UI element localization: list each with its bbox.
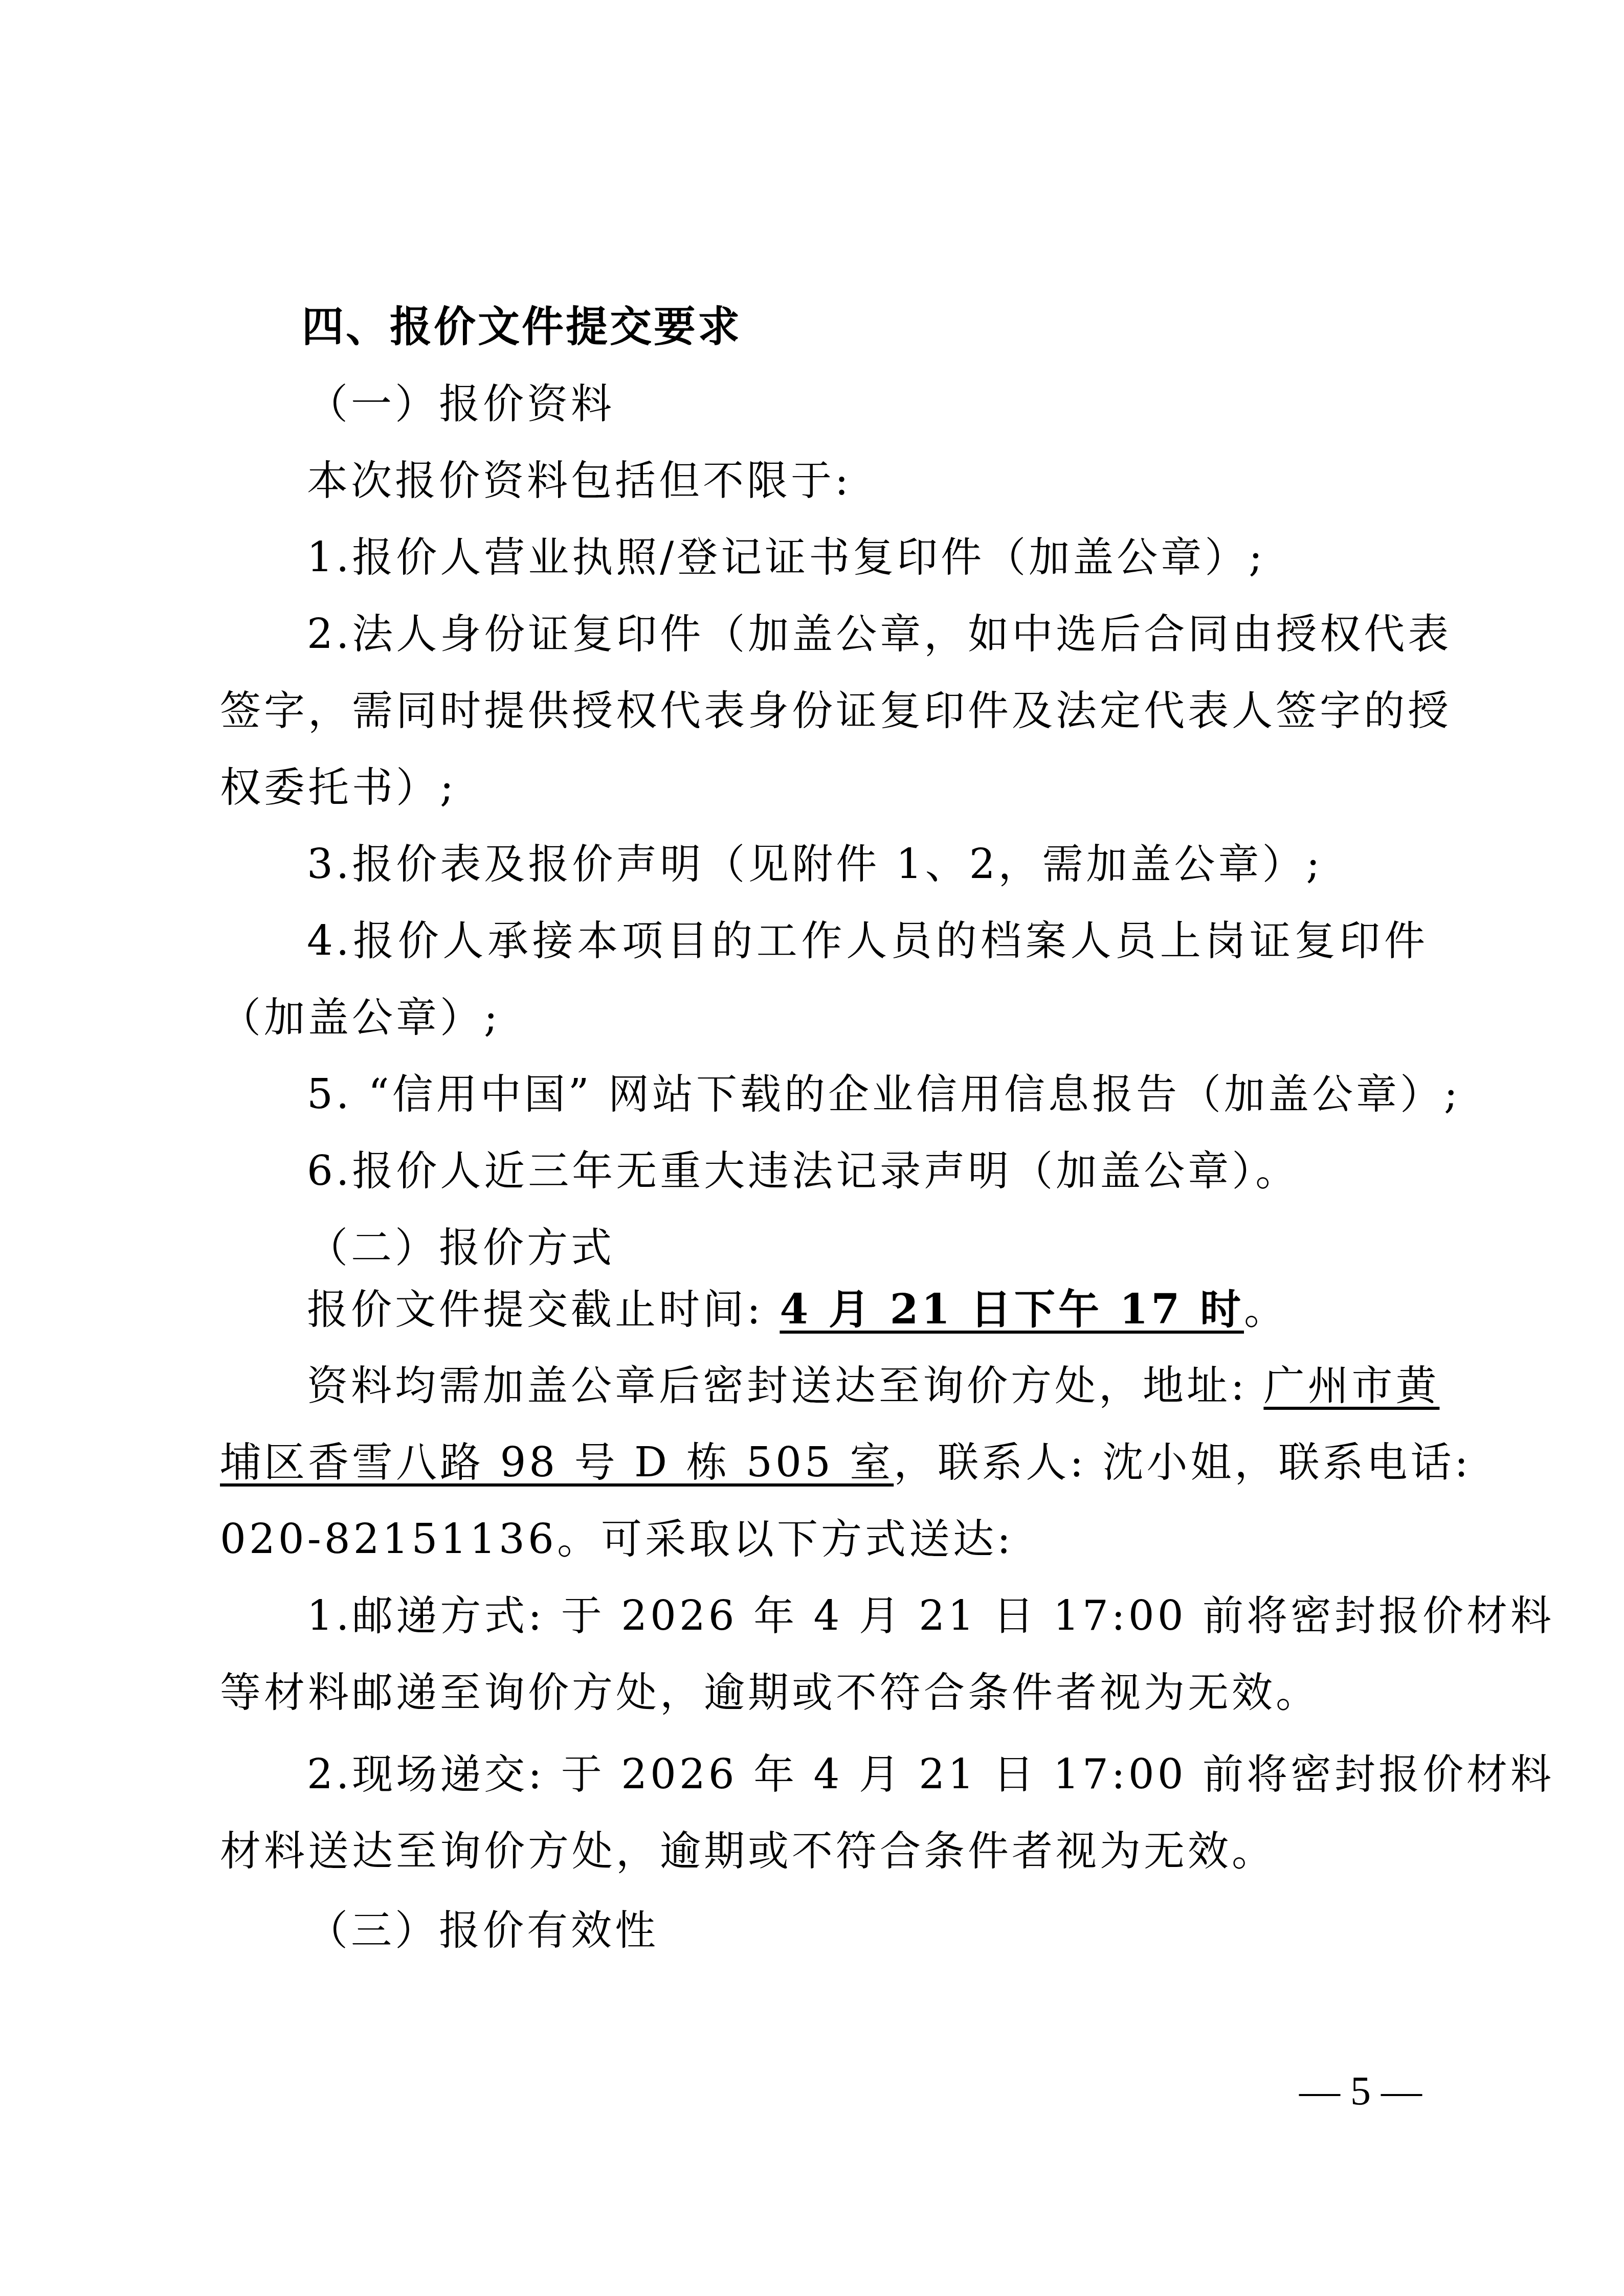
list-item-2-line-1: 2.法人身份证复印件（加盖公章，如中选后合同由授权代表: [307, 609, 1428, 660]
part1-heading: （一）报价资料: [307, 378, 1515, 430]
method-2-line-1: 2.现场递交: 于 2026 年 4 月 21 日 17:00 前将密封报价材料: [307, 1749, 1428, 1800]
address-part-1: 广州市黄: [1263, 1362, 1439, 1409]
method-2-line-2: 材料送达至询价方处，逾期或不符合条件者视为无效。: [220, 1826, 1428, 1877]
deadline-line: 报价文件提交截止时间: 4 月 21 日下午 17 时。: [307, 1284, 1428, 1335]
address-line-1: 资料均需加盖公章后密封送达至询价方处，地址: 广州市黄: [307, 1360, 1428, 1411]
method-1-line-2: 等材料邮递至询价方处，逾期或不符合条件者视为无效。: [220, 1667, 1428, 1718]
list-item-5: 5. “信用中国” 网站下载的企业信用信息报告（加盖公章）;: [307, 1069, 1428, 1120]
list-item-2-line-2: 签字，需同时提供授权代表身份证复印件及法定代表人签字的授: [220, 685, 1428, 736]
document-page: 四、报价文件提交要求 （一）报价资料 本次报价资料包括但不限于: 1.报价人营业…: [0, 0, 1624, 2296]
address-part-2: 埔区香雪八路 98 号 D 栋 505 室: [220, 1438, 894, 1486]
list-item-1: 1.报价人营业执照/登记证书复印件（加盖公章）;: [307, 532, 1428, 583]
part3-heading: （三）报价有效性: [307, 1905, 1515, 1956]
list-item-4-line-1: 4.报价人承接本项目的工作人员的档案人员上岗证复印件: [307, 915, 1428, 966]
list-item-6: 6.报价人近三年无重大违法记录声明（加盖公章）。: [307, 1145, 1428, 1197]
deadline-value: 4 月 21 日下午 17 时: [780, 1285, 1244, 1333]
part1-intro: 本次报价资料包括但不限于:: [307, 455, 1428, 506]
section-title: 四、报价文件提交要求: [302, 302, 1510, 353]
part2-heading: （二）报价方式: [307, 1222, 1515, 1273]
method-1-line-1: 1.邮递方式: 于 2026 年 4 月 21 日 17:00 前将密封报价材料: [307, 1590, 1428, 1641]
phone-line: 020-82151136。可采取以下方式送达:: [220, 1514, 1428, 1565]
contact-text: ，联系人: 沈小姐，联系电话:: [894, 1438, 1471, 1486]
deadline-end: 。: [1244, 1286, 1288, 1333]
deadline-label: 报价文件提交截止时间:: [307, 1286, 780, 1333]
list-item-2-line-3: 权委托书）;: [220, 762, 1428, 813]
address-intro: 资料均需加盖公章后密封送达至询价方处，地址:: [307, 1362, 1263, 1409]
list-item-3: 3.报价表及报价声明（见附件 1、2，需加盖公章）;: [307, 839, 1428, 890]
address-line-2: 埔区香雪八路 98 号 D 栋 505 室，联系人: 沈小姐，联系电话:: [220, 1437, 1428, 1488]
list-item-4-line-2: （加盖公章）;: [220, 992, 1428, 1043]
page-number: — 5 —: [1299, 2066, 1422, 2117]
